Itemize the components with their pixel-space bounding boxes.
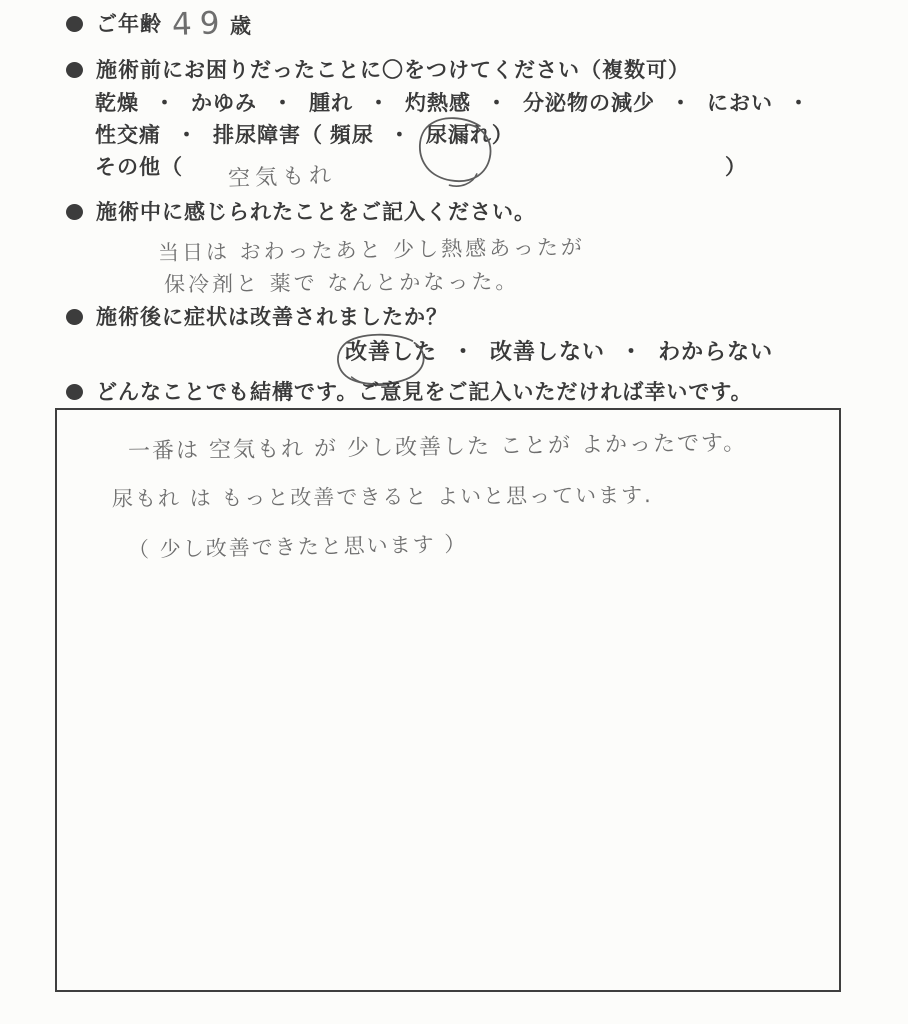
during-answer-line2: 保冷剤と 薬で なんとかなった。 bbox=[164, 265, 520, 298]
question-pretreatment-row: 施術前にお困りだったことに〇をつけてください（複数可） bbox=[66, 58, 690, 84]
option-separator: ・ bbox=[154, 91, 176, 117]
age-label: ご年齢 bbox=[96, 12, 162, 38]
option-separator: ・ bbox=[486, 91, 508, 117]
improvement-option-not-improved: 改善しない bbox=[490, 338, 605, 366]
during-question: 施術中に感じられたことをご記入ください。 bbox=[96, 200, 536, 226]
during-answer-line1: 当日は おわったあと 少し熱感あったが bbox=[158, 231, 585, 267]
pretreatment-question: 施術前にお困りだったことに〇をつけてください（複数可） bbox=[96, 58, 690, 84]
comments-line-2: 尿もれ は もっと改善できると よいと思っています. bbox=[112, 479, 653, 513]
bullet-icon bbox=[66, 384, 83, 400]
other-paren-close: ） bbox=[725, 155, 747, 181]
question-after-row: 施術後に症状は改善されましたか？ bbox=[66, 305, 448, 331]
improvement-option-unknown: わからない bbox=[658, 338, 773, 366]
symptom-option-urine-leak: 尿漏れ bbox=[426, 124, 492, 147]
question-during-row: 施術中に感じられたことをご記入ください。 bbox=[66, 200, 536, 226]
bullet-icon bbox=[66, 16, 83, 32]
improvement-option-improved: 改善した bbox=[345, 339, 437, 364]
symptom-option-urinary-prefix: 排尿障害（ 頻尿 bbox=[213, 123, 374, 149]
symptom-options-row-2: 性交痛 ・ 排尿障害（ 頻尿 ・ 尿漏れ ） bbox=[95, 123, 514, 149]
comments-question: どんなことでも結構です。ご意見をご記入いただければ幸いです。 bbox=[96, 380, 753, 406]
option-separator: ・ bbox=[272, 91, 294, 117]
symptom-option-burning: 灼熱感 bbox=[405, 91, 471, 117]
circled-option-improved: 改善した bbox=[345, 338, 437, 366]
symptom-options-row-1: 乾燥 ・ かゆみ ・ 腫れ ・ 灼熱感 ・ 分泌物の減少 ・ におい ・ bbox=[95, 91, 825, 117]
improvement-options-row: 改善した ・ 改善しない ・ わからない bbox=[345, 338, 773, 366]
option-separator: ・ bbox=[389, 123, 411, 149]
comments-line-3: （ 少し改善できたと思います ） bbox=[128, 528, 468, 564]
option-separator: ・ bbox=[620, 338, 643, 366]
symptom-option-odor: におい bbox=[707, 91, 773, 117]
question-comments-row: どんなことでも結構です。ご意見をご記入いただければ幸いです。 bbox=[66, 380, 753, 406]
option-separator: ・ bbox=[176, 123, 198, 149]
circled-option-urine-leak: 尿漏れ bbox=[426, 123, 492, 149]
bullet-icon bbox=[66, 62, 83, 78]
symptom-option-discharge: 分泌物の減少 bbox=[523, 91, 655, 117]
bullet-icon bbox=[66, 204, 83, 220]
option-separator: ・ bbox=[452, 338, 475, 366]
after-question: 施術後に症状は改善されましたか？ bbox=[96, 305, 448, 331]
symptom-option-itch: かゆみ bbox=[191, 91, 257, 117]
other-label: その他（ bbox=[95, 155, 183, 181]
symptom-option-swelling: 腫れ bbox=[309, 91, 353, 117]
bullet-icon bbox=[66, 309, 83, 325]
age-unit: 歳 bbox=[230, 14, 252, 40]
paren-close: ） bbox=[492, 123, 514, 149]
other-handwritten-value: 空気もれ bbox=[227, 158, 336, 193]
symptom-option-pain: 性交痛 bbox=[95, 123, 161, 149]
symptom-option-dryness: 乾燥 bbox=[95, 91, 139, 117]
option-separator: ・ bbox=[788, 91, 810, 117]
option-separator: ・ bbox=[670, 91, 692, 117]
age-handwritten-value: 49 bbox=[171, 5, 228, 43]
option-separator: ・ bbox=[368, 91, 390, 117]
scanned-questionnaire-page: ご年齢 49 歳 施術前にお困りだったことに〇をつけてください（複数可） 乾燥 … bbox=[0, 0, 908, 1024]
question-age-row: ご年齢 bbox=[66, 12, 162, 38]
other-symptom-row: その他（ bbox=[95, 155, 183, 181]
